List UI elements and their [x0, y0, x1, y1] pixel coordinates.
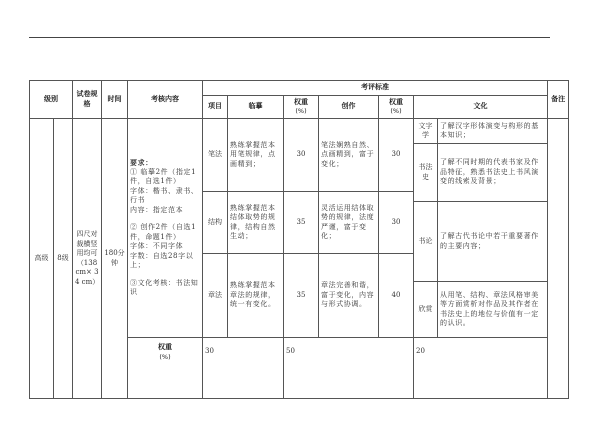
criteria-copy-2: 熟练掌握范本结体取势的规律，结构自然生动；	[228, 192, 284, 254]
header-content: 考核内容	[128, 81, 203, 119]
criteria-copy-weight-1: 30	[284, 119, 319, 192]
criteria-item-1: 笔法	[203, 119, 228, 192]
exam-time: 180分钟	[102, 119, 128, 399]
weight-copy: 30	[203, 338, 284, 399]
header-culture: 文化	[414, 96, 548, 119]
content-item2-count: 字数：自选28字以上；	[130, 252, 200, 271]
header-criteria: 考评标准	[203, 81, 548, 96]
header-create-weight-label: 权重	[389, 98, 403, 106]
header-copy-weight-unit: (%)	[286, 107, 316, 117]
culture-topic-1: 文字学	[414, 119, 438, 144]
criteria-create-weight-2: 30	[379, 192, 414, 254]
header-copy-weight: 权重 (%)	[284, 96, 319, 119]
weight-row-label-text: 权重	[158, 343, 172, 351]
criteria-create-2: 灵活运用结体取势的规律，法度严谨，富于变化；	[319, 192, 379, 254]
content-item2-font: 字体：不同字体	[130, 242, 200, 252]
level-grade: 8级	[54, 119, 73, 399]
header-copy: 临摹	[228, 96, 284, 119]
criteria-copy-1: 熟练掌握范本用笔规律，点画精到；	[228, 119, 284, 192]
content-item1-text: 内容：指定范本	[130, 206, 200, 216]
header-create: 创作	[319, 96, 379, 119]
culture-topic-3: 书论	[414, 202, 438, 282]
header-create-weight-unit: (%)	[381, 107, 411, 117]
content-item2: ② 创作2件（自选1件，命题1件）	[130, 223, 200, 242]
criteria-create-1: 笔法娴熟自然、点画精到，富于变化；	[319, 119, 379, 192]
level-name: 高级	[30, 119, 54, 399]
culture-topic-4: 欣赏	[414, 282, 438, 338]
weight-create: 50	[284, 338, 414, 399]
assessment-table: 级别 试卷规格 时间 考核内容 考评标准 备注 项目 临摹 权重 (%) 创作 …	[29, 80, 569, 399]
weight-culture: 20	[414, 338, 569, 399]
culture-desc-4: 从用笔、结构、章法风格审美等方面赏析对作品及其作者在书法史上的地位与价值有一定的…	[438, 282, 548, 338]
criteria-create-weight-1: 30	[379, 119, 414, 192]
paper-spec: 四尺对裁横竖用均可（138 cm× 34 cm）	[73, 119, 102, 399]
culture-desc-2: 了解不同时期的代表书家及作品特征，熟悉书法史上书风演变的线索及背景；	[438, 144, 548, 202]
header-level: 级别	[30, 81, 73, 119]
criteria-item-2: 结构	[203, 192, 228, 254]
criteria-copy-weight-3: 35	[284, 254, 319, 338]
criteria-item-3: 章法	[203, 254, 228, 338]
weight-row-label: 权重 (%)	[128, 338, 203, 399]
header-paper-spec: 试卷规格	[73, 81, 102, 119]
culture-topic-2: 书法史	[414, 144, 438, 202]
exam-content: 要求： ① 临摹2件（指定1件，自选1件） 字体：楷书、隶书、行书 内容：指定范…	[128, 119, 203, 338]
criteria-copy-3: 熟练掌握范本章法的规律，统一有变化。	[228, 254, 284, 338]
header-time: 时间	[102, 81, 128, 119]
weight-row-label-unit: (%)	[130, 353, 200, 363]
top-rule	[29, 37, 550, 38]
header-copy-weight-label: 权重	[294, 98, 308, 106]
header-item: 项目	[203, 96, 228, 119]
criteria-create-weight-3: 40	[379, 254, 414, 338]
content-item1-font: 字体：楷书、隶书、行书	[130, 187, 200, 206]
criteria-copy-weight-2: 35	[284, 192, 319, 254]
content-title: 要求：	[130, 158, 200, 168]
culture-desc-1: 了解汉字形体演变与构形的基本知识；	[438, 119, 548, 144]
content-item1: ① 临摹2件（指定1件，自选1件）	[130, 168, 200, 187]
criteria-create-3: 章法完善和谐，富于变化，内容与形式协调。	[319, 254, 379, 338]
culture-desc-3: 了解古代书论中若干重要著作的主要内容；	[438, 202, 548, 282]
header-create-weight: 权重 (%)	[379, 96, 414, 119]
header-remarks: 备注	[548, 81, 569, 119]
content-item3: ③文化考核：书法知识	[130, 279, 200, 298]
